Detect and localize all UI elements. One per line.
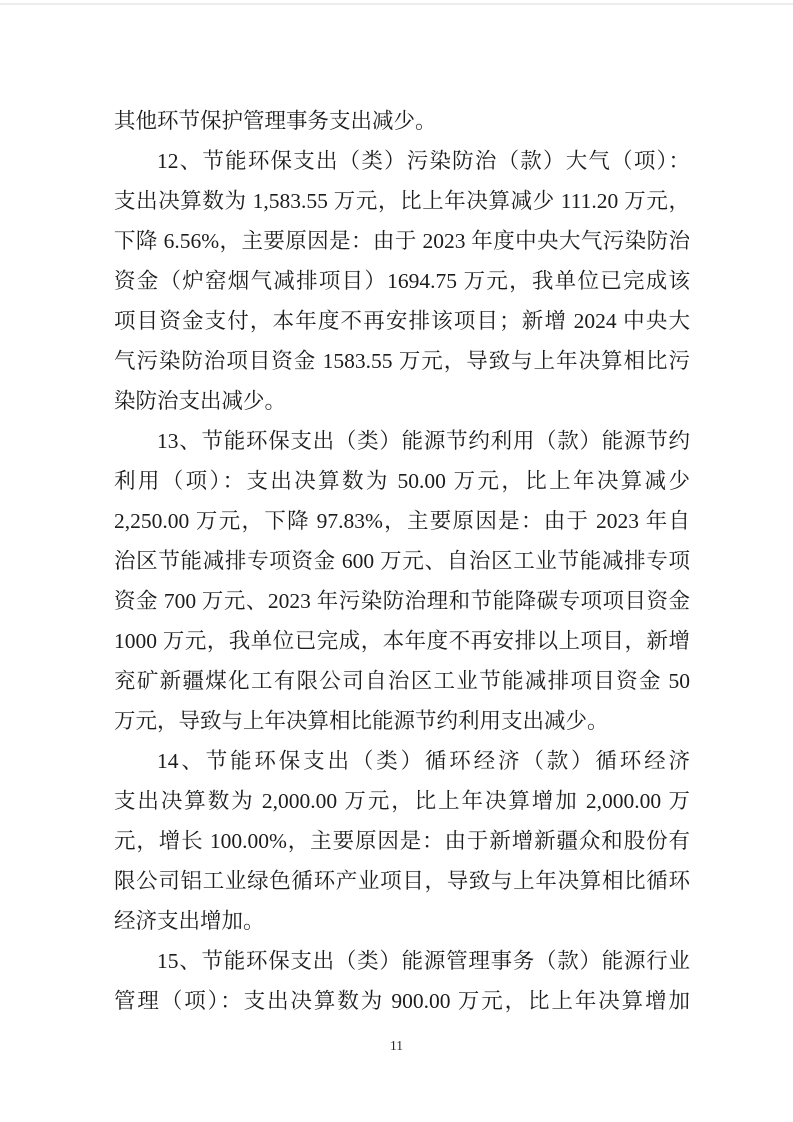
scan-edge-artifact: [0, 3, 793, 5]
text-line: 15、节能环保支出（类）能源管理事务（款）能源行业: [114, 941, 690, 981]
text-line: 支出决算数为 1,583.55 万元，比上年决算减少 111.20 万元，: [114, 181, 690, 221]
text-line: 染防治支出减少。: [114, 381, 690, 421]
text-line: 项目资金支付，本年度不再安排该项目；新增 2024 中央大: [114, 301, 690, 341]
text-line: 管理（项）：支出决算数为 900.00 万元，比上年决算增加: [114, 981, 690, 1021]
text-line: 限公司铝工业绿色循环产业项目，导致与上年决算相比循环: [114, 861, 690, 901]
document-body: 其他环节保护管理事务支出减少。12、节能环保支出（类）污染防治（款）大气（项）：…: [114, 101, 690, 1021]
text-line: 资金（炉窑烟气减排项目）1694.75 万元，我单位已完成该: [114, 261, 690, 301]
text-line: 兖矿新疆煤化工有限公司自治区工业节能减排项目资金 50: [114, 661, 690, 701]
text-line: 治区节能减排专项资金 600 万元、自治区工业节能减排专项: [114, 541, 690, 581]
document-page: 其他环节保护管理事务支出减少。12、节能环保支出（类）污染防治（款）大气（项）：…: [0, 0, 793, 1122]
text-line: 资金 700 万元、2023 年污染防治理和节能降碳专项项目资金: [114, 581, 690, 621]
text-line: 12、节能环保支出（类）污染防治（款）大气（项）：: [114, 141, 690, 181]
text-line: 其他环节保护管理事务支出减少。: [114, 101, 690, 141]
text-line: 气污染防治项目资金 1583.55 万元，导致与上年决算相比污: [114, 341, 690, 381]
text-line: 经济支出增加。: [114, 901, 690, 941]
text-line: 14、节能环保支出（类）循环经济（款）循环经济（项）:: [114, 741, 690, 781]
text-line: 2,250.00 万元，下降 97.83%，主要原因是：由于 2023 年自: [114, 501, 690, 541]
text-line: 下降 6.56%，主要原因是：由于 2023 年度中央大气污染防治: [114, 221, 690, 261]
text-line: 元，增长 100.00%，主要原因是：由于新增新疆众和股份有: [114, 821, 690, 861]
text-line: 万元，导致与上年决算相比能源节约利用支出减少。: [114, 701, 690, 741]
text-line: 利用（项）：支出决算数为 50.00 万元，比上年决算减少: [114, 461, 690, 501]
text-line: 13、节能环保支出（类）能源节约利用（款）能源节约: [114, 421, 690, 461]
page-number: 11: [0, 1036, 793, 1056]
text-line: 1000 万元，我单位已完成，本年度不再安排以上项目，新增: [114, 621, 690, 661]
text-line: 支出决算数为 2,000.00 万元，比上年决算增加 2,000.00 万: [114, 781, 690, 821]
